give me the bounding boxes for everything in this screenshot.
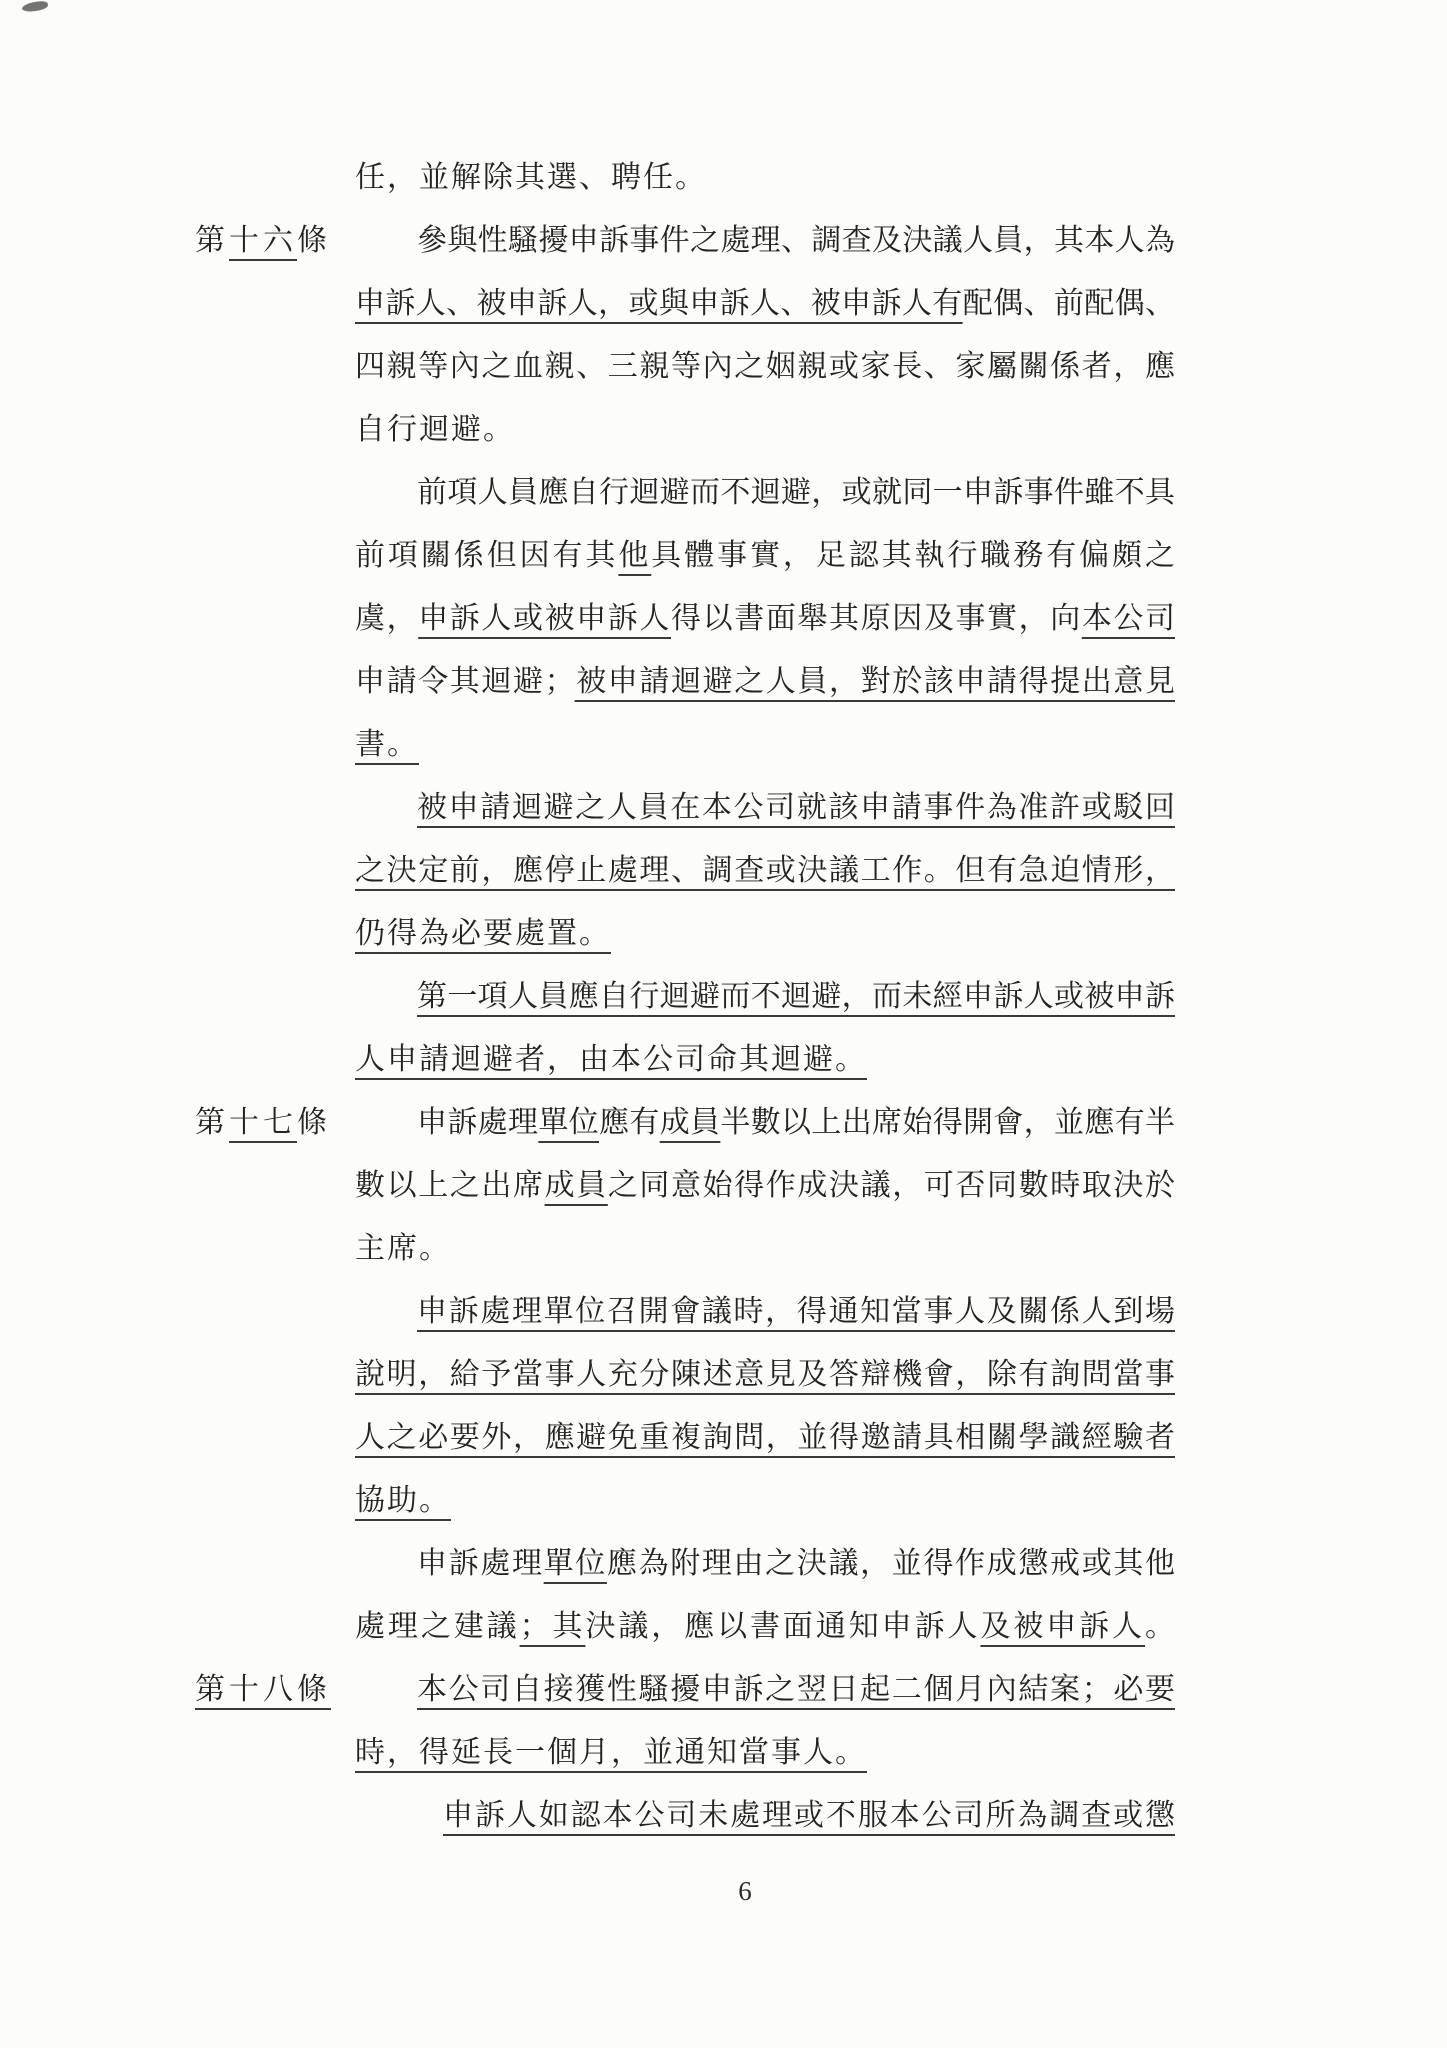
underlined-text-segment: 之決定前，應停止處理、調查或決議工作。但有急迫情形， [355,854,1175,887]
text-line: 前項關係但因有其他具體事實，足認其執行職務有偏頗之 [195,524,1175,587]
text-segment: 任，並解除其選、聘任。 [355,161,707,194]
underlined-text-segment: 本公司 [1082,602,1175,635]
underlined-text-segment: ；其 [520,1610,586,1643]
text-segment: 半數以上出席始得開會，並應有半 [720,1106,1175,1139]
text-line: 申訴人如認本公司未處理或不服本公司所為調查或懲 [195,1784,1175,1847]
text-segment: 配偶、前配偶、 [963,287,1175,320]
text-line: 第十七條申訴處理單位應有成員半數以上出席始得開會，並應有半 [195,1091,1175,1154]
underlined-text-segment: 書。 [355,728,419,761]
underlined-text-segment: 單位 [538,1106,599,1139]
text-line: 虞，申訴人或被申訴人得以書面舉其原因及事實，向本公司 [195,587,1175,650]
underlined-text-segment: 說明，給予當事人充分陳述意見及答辯機會，除有詢問當事 [355,1358,1175,1391]
underlined-text-segment: 第一項人員應自行迴避而不迴避，而未經申訴人或被申訴 [417,980,1175,1013]
article-number: 第十七條 [195,1091,331,1154]
underlined-text-segment: 申訴人如認本公司未處理或不服本公司所為調查或懲 [443,1799,1175,1832]
underlined-text-segment: 本公司自接獲性騷擾申訴之翌日起二個月內結案；必要 [417,1673,1175,1706]
document-lines: 任，並解除其選、聘任。第十六條參與性騷擾申訴事件之處理、調查及決議人員，其本人為… [195,146,1447,1847]
text-segment: 申訴處理 [417,1106,538,1139]
article-number: 第十八條 [195,1658,331,1721]
text-line: 人申請迴避者，由本公司命其迴避。 [195,1028,1175,1091]
text-segment: 條 [297,1106,331,1139]
text-line: 數以上之出席成員之同意始得作成決議，可否同數時取決於 [195,1154,1175,1217]
underlined-text-segment: 被申請迴避之人員，對於該申請得提出意見 [575,665,1175,698]
text-line: 四親等內之血親、三親等內之姻親或家長、家屬關係者，應 [195,335,1175,398]
underlined-text-segment: 十六 [229,224,297,257]
text-line: 第十六條參與性騷擾申訴事件之處理、調查及決議人員，其本人為 [195,209,1175,272]
text-segment: 第 [195,224,229,257]
text-line: 申訴處理單位召開會議時，得通知當事人及關係人到場 [195,1280,1175,1343]
underlined-text-segment: 第十八條 [195,1673,331,1706]
text-line: 協助。 [195,1469,1175,1532]
text-segment: 自行迴避。 [355,413,515,446]
underlined-text-segment: 成員 [660,1106,721,1139]
underlined-text-segment: 人之必要外，應避免重複詢問，並得邀請具相關學識經驗者 [355,1421,1175,1454]
text-line: 任，並解除其選、聘任。 [195,146,1175,209]
text-segment: 。 [1145,1610,1175,1643]
text-line: 主席。 [195,1217,1175,1280]
text-line: 申訴處理單位應為附理由之決議，並得作成懲戒或其他 [195,1532,1175,1595]
text-line: 自行迴避。 [195,398,1175,461]
text-line: 第十八條本公司自接獲性騷擾申訴之翌日起二個月內結案；必要 [195,1658,1175,1721]
underlined-text-segment: 申訴人或被申訴人 [418,602,671,635]
text-line: 時，得延長一個月，並通知當事人。 [195,1721,1175,1784]
text-segment: 前項人員應自行迴避而不迴避，或就同一申訴事件雖不具 [417,476,1175,509]
text-segment: 處理之建議 [355,1610,520,1643]
text-segment: 應為附理由之決議，並得作成懲戒或其他 [607,1547,1175,1580]
underlined-text-segment: 申訴處理單位召開會議時，得通知當事人及關係人到場 [417,1295,1175,1328]
text-line: 說明，給予當事人充分陳述意見及答辯機會，除有詢問當事 [195,1343,1175,1406]
text-segment: 決議，應以書面通知申訴人 [585,1610,980,1643]
text-line: 人之必要外，應避免重複詢問，並得邀請具相關學識經驗者 [195,1406,1175,1469]
underlined-text-segment: 及被申訴人 [980,1610,1145,1643]
text-segment: 條 [297,224,331,257]
underlined-text-segment: 仍得為必要處置。 [355,917,611,950]
text-segment: 主席。 [355,1232,451,1265]
text-segment: 參與性騷擾申訴事件之處理、調查及決議人員，其本人為 [417,224,1175,257]
text-line: 仍得為必要處置。 [195,902,1175,965]
underlined-text-segment: 單位 [544,1547,607,1580]
text-segment: 申訴處理 [417,1547,544,1580]
text-segment: 四親等內之血親、三親等內之姻親或家長、家屬關係者，應 [355,350,1175,383]
text-segment: 應有 [599,1106,660,1139]
text-line: 第一項人員應自行迴避而不迴避，而未經申訴人或被申訴 [195,965,1175,1028]
text-segment: 之同意始得作成決議，可否同數時取決於 [608,1169,1175,1202]
underlined-text-segment: 協助。 [355,1484,451,1517]
underlined-text-segment: 時，得延長一個月，並通知當事人。 [355,1736,867,1769]
text-segment: 數以上之出席 [355,1169,545,1202]
text-line: 之決定前，應停止處理、調查或決議工作。但有急迫情形， [195,839,1175,902]
text-segment: 得以書面舉其原因及事實，向 [671,602,1082,635]
text-line: 處理之建議；其決議，應以書面通知申訴人及被申訴人。 [195,1595,1175,1658]
underlined-text-segment: 他 [618,539,651,572]
text-line: 書。 [195,713,1175,776]
article-number: 第十六條 [195,209,331,272]
scan-artifact [22,0,49,13]
page-number: 6 [738,1876,752,1907]
text-segment: 第 [195,1106,229,1139]
underlined-text-segment: 申訴人、被申訴人，或與申訴人、被申訴人有 [355,287,963,320]
underlined-text-segment: 人申請迴避者，由本公司命其迴避。 [355,1043,867,1076]
document-page: 任，並解除其選、聘任。第十六條參與性騷擾申訴事件之處理、調查及決議人員，其本人為… [0,0,1447,2048]
underlined-text-segment: 成員 [545,1169,608,1202]
text-segment: 虞， [355,602,418,635]
underlined-text-segment: 十七 [229,1106,297,1139]
text-line: 被申請迴避之人員在本公司就該申請事件為准許或駁回 [195,776,1175,839]
text-line: 前項人員應自行迴避而不迴避，或就同一申訴事件雖不具 [195,461,1175,524]
text-segment: 前項關係但因有其 [355,539,618,572]
underlined-text-segment: 被申請迴避之人員在本公司就該申請事件為准許或駁回 [417,791,1175,824]
text-segment: 具體事實，足認其執行職務有偏頗之 [651,539,1175,572]
text-line: 申訴人、被申訴人，或與申訴人、被申訴人有配偶、前配偶、 [195,272,1175,335]
text-line: 申請令其迴避；被申請迴避之人員，對於該申請得提出意見 [195,650,1175,713]
text-segment: 申請令其迴避； [355,665,575,698]
